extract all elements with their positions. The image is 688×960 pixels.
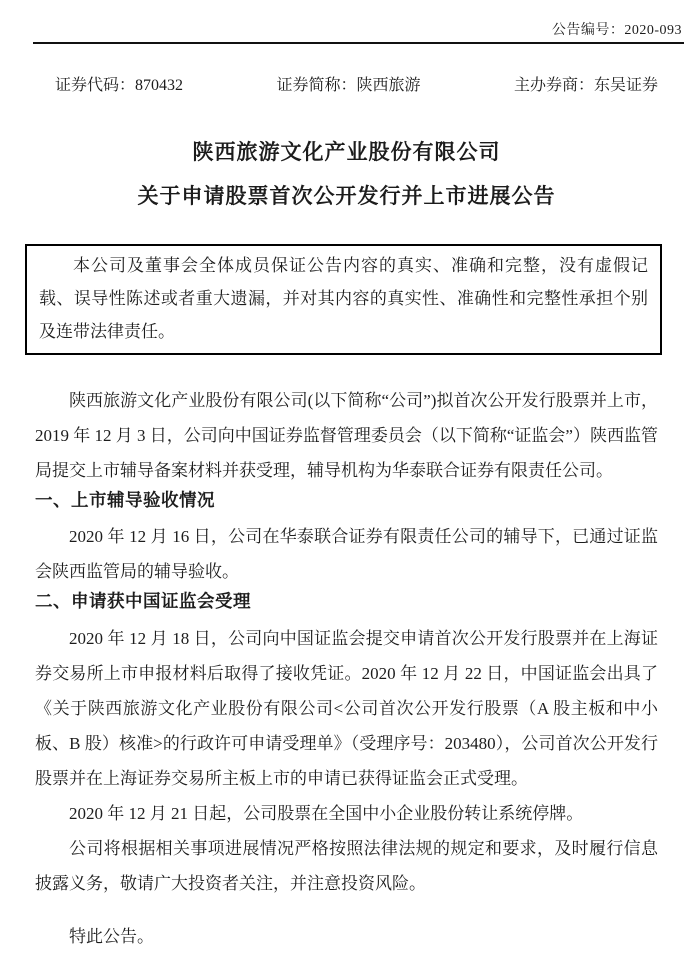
company-name-title: 陕西旅游文化产业股份有限公司 (35, 138, 658, 166)
sponsor-broker: 主办券商：东吴证券 (514, 76, 658, 96)
section-2-paragraph-3: 公司将根据相关事项进展情况严格按照法律法规的规定和要求，及时履行信息披露义务，敬… (35, 831, 658, 901)
announcement-document: 公告编号：2020-093 证券代码：870432 证券简称：陕西旅游 主办券商… (0, 0, 688, 960)
section-1-paragraph: 2020 年 12 月 16 日，公司在华泰联合证券有限责任公司的辅导下，已通过… (35, 519, 658, 589)
closing-statement: 特此公告。 (35, 919, 658, 954)
announcement-header: 公告编号：2020-093 (33, 22, 684, 44)
securities-info-row: 证券代码：870432 证券简称：陕西旅游 主办券商：东吴证券 (35, 76, 658, 96)
section-1-heading: 一、上市辅导验收情况 (35, 488, 658, 512)
disclaimer-box: 本公司及董事会全体成员保证公告内容的真实、准确和完整，没有虚假记载、误导性陈述或… (25, 244, 662, 355)
intro-paragraph: 陕西旅游文化产业股份有限公司(以下简称“公司”)拟首次公开发行股票并上市，201… (35, 383, 658, 488)
stock-code: 证券代码：870432 (55, 76, 183, 96)
disclaimer-text: 本公司及董事会全体成员保证公告内容的真实、准确和完整，没有虚假记载、误导性陈述或… (39, 249, 648, 348)
announcement-title: 关于申请股票首次公开发行并上市进展公告 (35, 182, 658, 210)
section-2-paragraph-1: 2020 年 12 月 18 日，公司向中国证监会提交申请首次公开发行股票并在上… (35, 621, 658, 796)
header-divider (33, 42, 684, 44)
announcement-number: 公告编号：2020-093 (33, 22, 684, 40)
section-2-paragraph-2: 2020 年 12 月 21 日起，公司股票在全国中小企业股份转让系统停牌。 (35, 796, 658, 831)
stock-short-name: 证券简称：陕西旅游 (276, 76, 420, 96)
section-2-heading: 二、申请获中国证监会受理 (35, 589, 658, 613)
